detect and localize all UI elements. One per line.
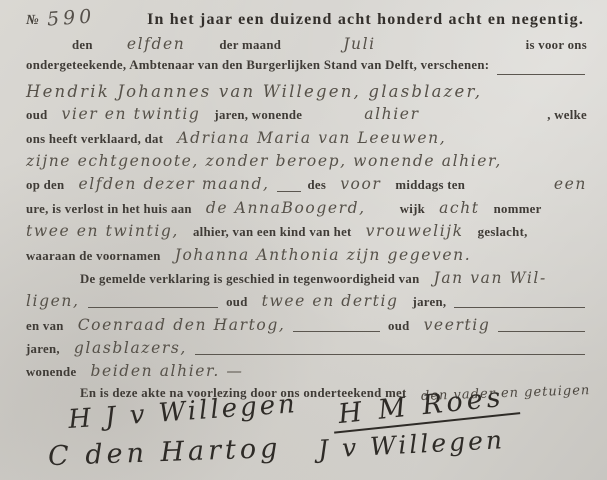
handwritten-hour: een [554, 175, 587, 193]
printed-text: den [72, 38, 93, 53]
fill-dash [454, 307, 585, 308]
printed-text: jaren, [26, 342, 60, 357]
fill-dash [195, 354, 585, 355]
act-number-symbol: № [26, 13, 39, 29]
act-line-witness-intro: De gemelde verklaring is geschied in teg… [26, 269, 593, 292]
printed-text: oud [388, 319, 410, 334]
printed-text: ondergeteekende, Ambtenaar van den Burge… [26, 58, 489, 73]
handwritten-mother-details: zijne echtgenoote, zonder beroep, wonend… [26, 152, 502, 170]
handwritten-occupation: glasblazers, [74, 339, 187, 357]
act-line-names: waaraan de voornamen Johanna Anthonia zi… [26, 246, 593, 269]
printed-text: jaren, wonende [214, 108, 302, 123]
printed-text: is voor ons [526, 38, 587, 53]
handwritten-residence: alhier [364, 105, 419, 123]
handwritten-witness2-age: veertig [424, 316, 491, 334]
handwritten-day: elfden [127, 35, 186, 53]
handwritten-declarant-name: Hendrik Johannes van Willegen, glasblaze… [26, 82, 482, 101]
printed-text: ons heeft verklaard, dat [26, 132, 163, 147]
document-header: № 590 In het jaar een duizend acht honde… [26, 7, 593, 35]
handwritten-birth-day: elfden dezer maand, [78, 175, 269, 193]
act-line-witness1: ligen, oud twee en dertig jaren, [26, 292, 593, 315]
fill-dash [293, 331, 380, 332]
act-line-birthdate: op den elfden dezer maand, des voor midd… [26, 175, 593, 198]
handwritten-month: Juli [343, 35, 376, 53]
handwritten-mother-name: Adriana Maria van Leeuwen, [177, 129, 446, 147]
printed-text: en van [26, 319, 64, 334]
act-line-witness-occupation: jaren, glasblazers, [26, 339, 593, 362]
printed-text: der maand [219, 38, 281, 53]
handwritten-house-number: twee en twintig, [26, 222, 179, 240]
printed-text: geslacht, [478, 225, 528, 240]
handwritten-age: vier en twintig [62, 105, 201, 123]
handwritten-witness1-age: twee en dertig [262, 292, 399, 310]
handwritten-residence-both: beiden alhier. — [90, 362, 243, 380]
handwritten-witness1-name: Jan van Wil- [434, 269, 547, 287]
printed-text: middags ten [395, 178, 465, 193]
handwritten-witness1-name-cont: ligen, [26, 292, 80, 310]
printed-text: op den [26, 178, 64, 193]
document-title: In het jaar een duizend acht honderd ach… [147, 11, 584, 29]
printed-text: waaraan de voornamen [26, 249, 161, 264]
birth-certificate-document: № 590 In het jaar een duizend acht honde… [0, 0, 607, 480]
printed-text: ure, is verlost in het huis aan [26, 202, 192, 217]
fill-dash [497, 74, 585, 75]
fill-dash [498, 331, 585, 332]
printed-text: nommer [494, 202, 542, 217]
printed-text: , welke [547, 108, 587, 123]
signature-witness-hartog: C den Hartog [48, 433, 282, 472]
act-line-official: ondergeteekende, Ambtenaar van den Burge… [26, 58, 593, 81]
handwritten-street: de AnnaBoogerd, [206, 199, 366, 217]
handwritten-witness2-name: Coenraad den Hartog, [78, 316, 286, 334]
act-line-house-number: twee en twintig, alhier, van een kind va… [26, 222, 593, 245]
handwritten-child-names: Johanna Anthonia zijn gegeven. [175, 246, 472, 264]
printed-text: jaren, [413, 295, 447, 310]
printed-text: De gemelde verklaring is geschied in teg… [80, 272, 420, 287]
printed-text: oud [226, 295, 248, 310]
printed-text: des [308, 178, 327, 193]
act-line-witness2: en van Coenraad den Hartog, oud veertig [26, 316, 593, 339]
act-line-declaration: ons heeft verklaard, dat Adriana Maria v… [26, 129, 593, 152]
printed-text: alhier, van een kind van het [193, 225, 352, 240]
handwritten-district: acht [439, 199, 480, 217]
printed-text: wijk [400, 202, 425, 217]
fill-dash [277, 191, 301, 192]
act-line-age: oud vier en twintig jaren, wonende alhie… [26, 105, 593, 128]
printed-text: wonende [26, 365, 76, 380]
handwritten-gender: vrouwelijk [366, 222, 464, 240]
act-line-address: ure, is verlost in het huis aan de AnnaB… [26, 199, 593, 222]
fill-dash [88, 307, 219, 308]
handwritten-daypart: voor [340, 175, 381, 193]
act-line-date: den elfden der maand Juli is voor ons [26, 35, 593, 58]
act-line-mother: zijne echtgenoote, zonder beroep, wonend… [26, 152, 593, 175]
act-line-declarant: Hendrik Johannes van Willegen, glasblaze… [26, 82, 593, 105]
act-number: 590 [46, 5, 96, 30]
printed-text: oud [26, 108, 48, 123]
